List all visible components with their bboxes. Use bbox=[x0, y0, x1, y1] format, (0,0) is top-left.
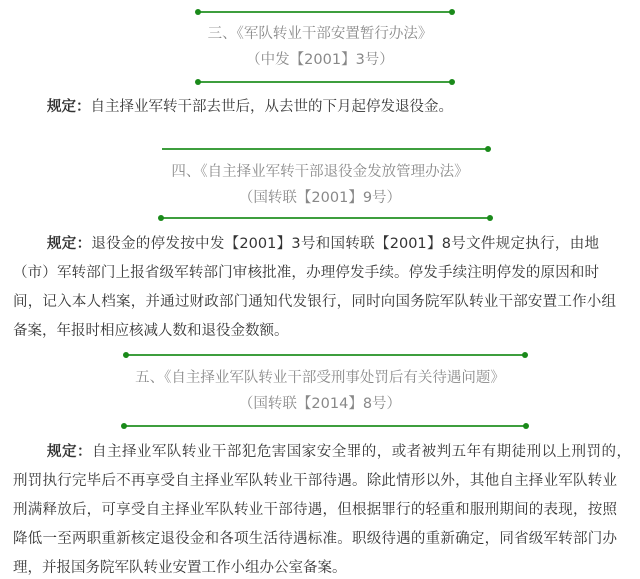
section-3-rule: 规定：自主择业军转干部去世后，从去世的下月起停发退役金。 bbox=[13, 93, 631, 122]
rule-label: 规定： bbox=[47, 99, 91, 115]
section-5-bottom-divider bbox=[124, 425, 526, 427]
rule-line: 规定：退役金的停发按中发【2001】3号和国转联【2001】8号文件规定执行，由… bbox=[13, 230, 599, 259]
section-3-title: 三、《军队转业干部安置暂行办法》 bbox=[0, 24, 640, 44]
section-3-bottom-divider bbox=[198, 81, 452, 83]
rule-line: 刑罚执行完毕后不再享受自主择业军队转业干部待遇。除此情形以外，其他自主择业军队转… bbox=[13, 467, 617, 496]
section-3-subtitle: （中发【2001】3号） bbox=[0, 50, 640, 70]
section-4-subtitle: （国转联【2001】9号） bbox=[0, 188, 640, 208]
divider-dot-icon bbox=[158, 215, 164, 221]
rule-line: 规定：自主择业军转干部去世后，从去世的下月起停发退役金。 bbox=[13, 93, 631, 122]
section-5-top-divider bbox=[126, 354, 525, 356]
rule-line: 规定：自主择业军队转业干部犯危害国家安全罪的，或者被判五年有期徒刑以上刑罚的， bbox=[13, 438, 631, 467]
rule-line: （市）军转部门上报省级军转部门审核批准，办理停发手续。停发手续注明停发的原因和时 bbox=[13, 259, 599, 288]
section-4-title: 四、《自主择业军转干部退役金发放管理办法》 bbox=[0, 162, 640, 182]
rule-line: 间，记入本人档案，并通过财政部门通知代发银行，同时向国务院军队转业干部安置工作小… bbox=[13, 288, 616, 317]
section-4-bottom-divider bbox=[161, 217, 490, 219]
rule-line: 理，并报国务院军队转业安置工作小组办公室备案。 bbox=[13, 554, 631, 579]
section-4-top-divider bbox=[162, 148, 488, 150]
rule-label: 规定： bbox=[47, 444, 92, 460]
section-4-rule: 规定：退役金的停发按中发【2001】3号和国转联【2001】8号文件规定执行，由… bbox=[13, 230, 631, 346]
section-3-top-divider bbox=[198, 11, 452, 13]
section-5-title: 五、《自主择业军队转业干部受刑事处罚后有关待遇问题》 bbox=[0, 368, 640, 388]
divider-dot-icon bbox=[123, 352, 129, 358]
divider-dot-icon bbox=[487, 215, 493, 221]
rule-label: 规定： bbox=[47, 236, 91, 252]
section-5-subtitle: （国转联【2014】8号） bbox=[0, 394, 640, 414]
rule-line: 降低一至两职重新核定退役金和各项生活待遇标准。职级待遇的重新确定，同省级军转部门… bbox=[13, 525, 617, 554]
divider-dot-icon bbox=[449, 9, 455, 15]
divider-dot-icon bbox=[522, 352, 528, 358]
divider-dot-icon bbox=[121, 423, 127, 429]
section-5-rule: 规定：自主择业军队转业干部犯危害国家安全罪的，或者被判五年有期徒刑以上刑罚的， … bbox=[13, 438, 631, 579]
divider-dot-icon bbox=[195, 79, 201, 85]
rule-line: 备案，年报时相应核减人数和退役金数额。 bbox=[13, 317, 631, 346]
divider-dot-icon bbox=[485, 146, 491, 152]
divider-dot-icon bbox=[195, 9, 201, 15]
divider-dot-icon bbox=[449, 79, 455, 85]
rule-line: 刑满释放后，可享受自主择业军队转业干部待遇，但根据罪行的轻重和服刑期间的表现，按… bbox=[13, 496, 617, 525]
divider-dot-icon bbox=[523, 423, 529, 429]
